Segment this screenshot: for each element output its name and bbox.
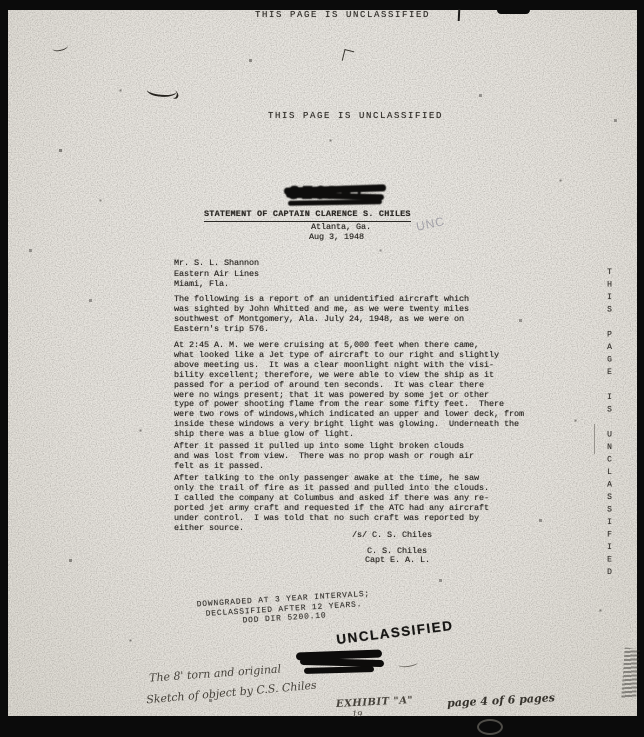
document-scan: THIS PAGE IS UNCLASSIFIED THIS PAGE IS U… xyxy=(0,0,644,737)
redaction-scribble xyxy=(296,650,386,678)
document-title: STATEMENT OF CAPTAIN CLARENCE S. CHILES xyxy=(204,210,411,222)
classification-banner-middle: THIS PAGE IS UNCLASSIFIED xyxy=(268,112,443,122)
scan-border-top xyxy=(0,0,644,10)
letter-paragraph-1: The following is a report of an unidenti… xyxy=(174,295,469,335)
exhibit-number: 19 xyxy=(352,710,362,719)
scan-line-artifact xyxy=(594,424,595,454)
classification-banner-top: THIS PAGE IS UNCLASSIFIED xyxy=(255,11,430,21)
scan-oval-artifact xyxy=(477,719,503,735)
scan-border-notch xyxy=(497,10,530,14)
signature-line: /s/ C. S. Chiles xyxy=(352,531,432,541)
signature-title: Capt E. A. L. xyxy=(365,556,430,566)
scan-border-left xyxy=(0,0,8,737)
letter-date: Aug 3, 1948 xyxy=(309,233,364,243)
letter-paragraph-3: After it passed it pulled up into some l… xyxy=(174,442,474,472)
redaction-blot xyxy=(304,666,374,674)
letter-paragraph-2: At 2:45 A. M. we were cruising at 5,000 … xyxy=(174,341,524,440)
recipient-address: Mr. S. L. Shannon Eastern Air Lines Miam… xyxy=(174,258,259,290)
paper-specks xyxy=(0,0,1,1)
scan-border-bottom xyxy=(0,716,644,737)
secret-strikethrough xyxy=(288,199,382,206)
secret-stamp-redacted: SECRET xyxy=(286,181,386,209)
classification-banner-side: THIS PAGE IS UNCLASSIFIED xyxy=(605,268,614,568)
scan-border-right xyxy=(637,0,644,737)
letter-paragraph-4: After talking to the only passenger awak… xyxy=(174,474,489,533)
